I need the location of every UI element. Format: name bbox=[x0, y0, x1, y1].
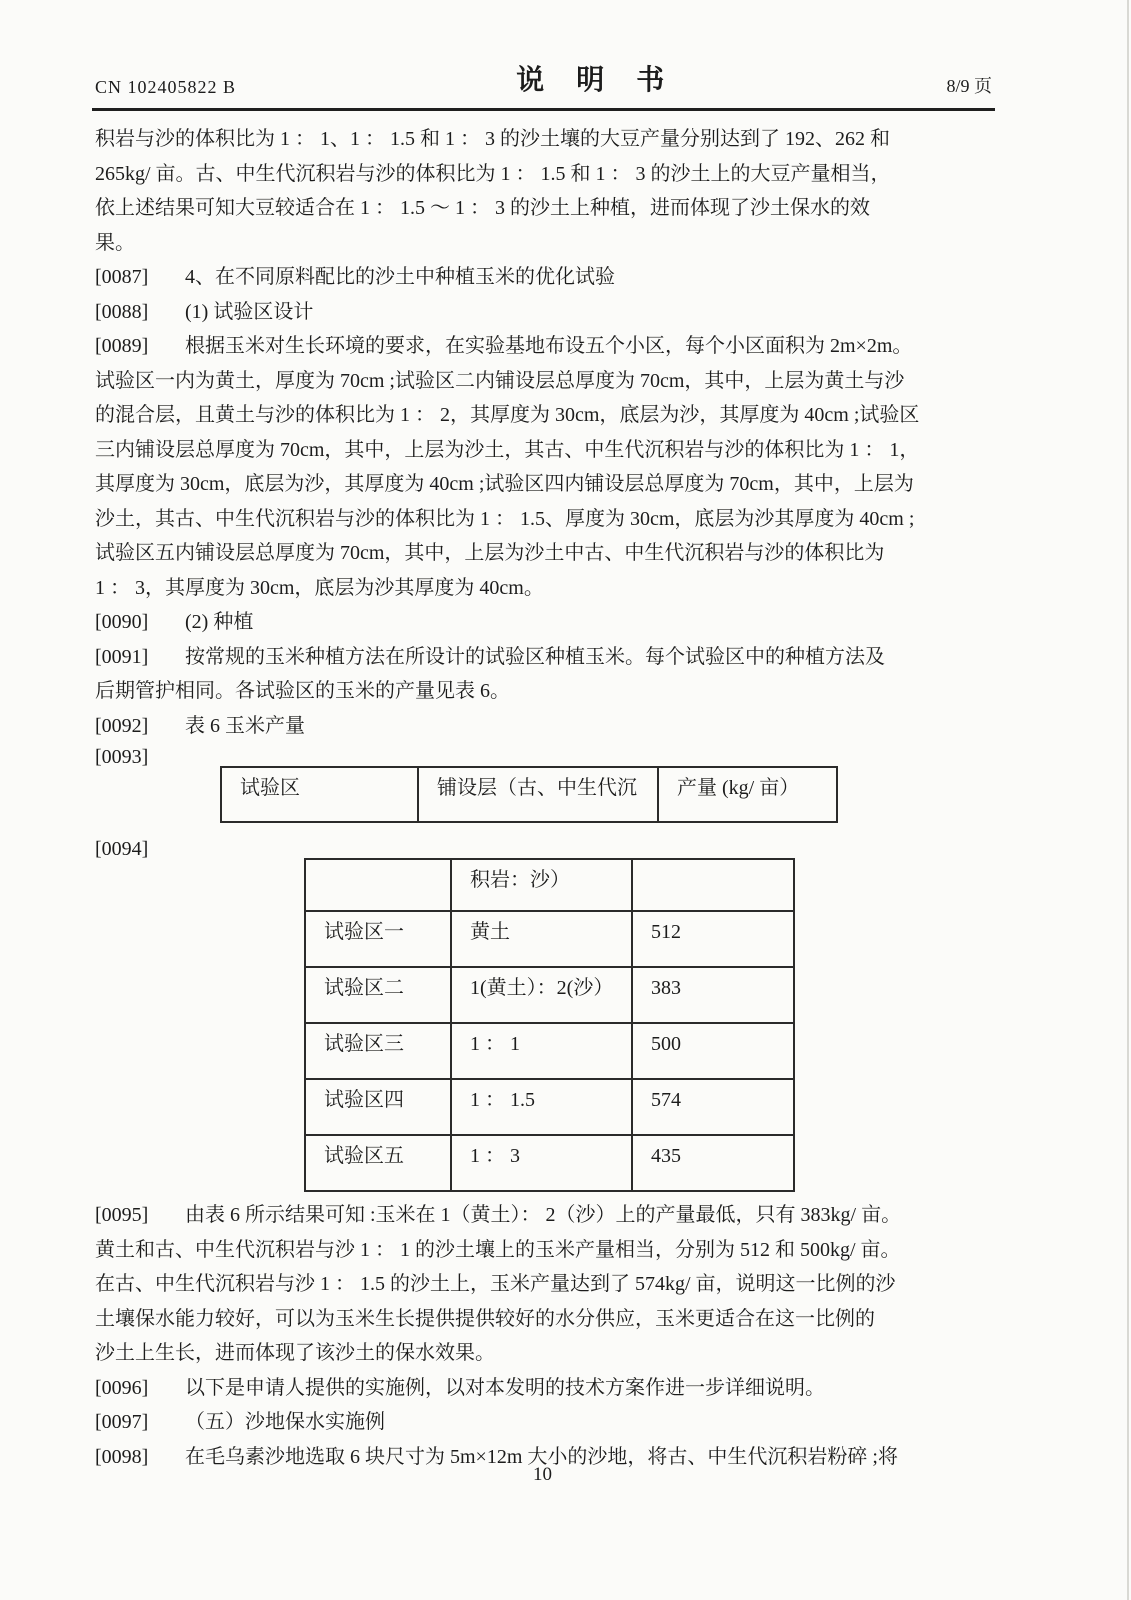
paragraph-number: [0096] bbox=[95, 1375, 185, 1401]
patent-document-page: CN 102405822 B 说 明 书 8/9 页 积岩与沙的体积比为 1 ：… bbox=[0, 0, 1131, 1600]
text-line: 试验区一内为黄土，厚度为 70cm ;试验区二内铺设层总厚度为 70cm，其中，… bbox=[95, 368, 1015, 403]
text-line: 后期管护相同。各试验区的玉米的产量见表 6。 bbox=[95, 678, 1015, 713]
paragraph-number: [0089] bbox=[95, 333, 185, 359]
table6-header-fragment: 试验区 铺设层（古、中生代沉 产量 (kg/ 亩） bbox=[220, 766, 838, 823]
text-line: 1 ： 3，其厚度为 30cm，底层为沙其厚度为 40cm。 bbox=[95, 575, 1015, 610]
table-row: 试验区四 1 ： 1.5 574 bbox=[305, 1079, 794, 1135]
text-line: 的混合层，且黄土与沙的体积比为 1 ： 2，其厚度为 30cm，底层为沙，其厚度… bbox=[95, 402, 1015, 437]
paragraph-number: [0095] bbox=[95, 1202, 185, 1228]
text-line: 沙土上生长，进而体现了该沙土的保水效果。 bbox=[95, 1340, 1015, 1375]
text-line: 果。 bbox=[95, 230, 1015, 265]
line-text: 果。 bbox=[95, 230, 135, 256]
table-row: 积岩：沙） bbox=[305, 859, 794, 911]
ratio-cell: 1 ： 1.5 bbox=[451, 1079, 632, 1135]
text-line: 积岩与沙的体积比为 1 ： 1、1 ： 1.5 和 1 ： 3 的沙土壤的大豆产… bbox=[95, 126, 1015, 161]
line-text: 265kg/ 亩。古、中生代沉积岩与沙的体积比为 1 ： 1.5 和 1 ： 3… bbox=[95, 161, 891, 187]
text-line: [0091] 按常规的玉米种植方法在所设计的试验区种植玉米。每个试验区中的种植方… bbox=[95, 644, 1015, 679]
line-text: (2) 种植 bbox=[185, 609, 253, 635]
line-text: 黄土和古、中生代沉积岩与沙 1 ： 1 的沙土壤上的玉米产量相当，分别为 512… bbox=[95, 1237, 901, 1263]
text-line: 依上述结果可知大豆较适合在 1 ： 1.5 ～ 1 ： 3 的沙土上种植，进而体… bbox=[95, 195, 1015, 230]
text-line: 其厚度为 30cm，底层为沙，其厚度为 40cm ;试验区四内铺设层总厚度为 7… bbox=[95, 471, 1015, 506]
text-line: 265kg/ 亩。古、中生代沉积岩与沙的体积比为 1 ： 1.5 和 1 ： 3… bbox=[95, 161, 1015, 196]
line-text: 依上述结果可知大豆较适合在 1 ： 1.5 ～ 1 ： 3 的沙土上种植，进而体… bbox=[95, 195, 870, 221]
page-header: CN 102405822 B 说 明 书 8/9 页 bbox=[95, 58, 992, 98]
table-row: 试验区一 黄土 512 bbox=[305, 911, 794, 967]
table-cell bbox=[632, 859, 794, 911]
text-line: 沙土，其古、中生代沉积岩与沙的体积比为 1 ： 1.5、厚度为 30cm，底层为… bbox=[95, 506, 1015, 541]
text-line: [0088] (1) 试验区设计 bbox=[95, 299, 1015, 334]
line-text: 沙土上生长，进而体现了该沙土的保水效果。 bbox=[95, 1340, 495, 1366]
line-text: 后期管护相同。各试验区的玉米的产量见表 6。 bbox=[95, 678, 510, 704]
yield-cell: 500 bbox=[632, 1023, 794, 1079]
paragraph-number-0093: [0093] bbox=[95, 744, 148, 770]
line-text: 三内铺设层总厚度为 70cm，其中，上层为沙土，其古、中生代沉积岩与沙的体积比为… bbox=[95, 437, 919, 463]
table-row: 试验区 铺设层（古、中生代沉 产量 (kg/ 亩） bbox=[221, 767, 837, 822]
ratio-cell: 黄土 bbox=[451, 911, 632, 967]
paragraph-number: [0091] bbox=[95, 644, 185, 670]
line-text: 根据玉米对生长环境的要求，在实验基地布设五个小区，每个小区面积为 2m×2m。 bbox=[185, 333, 912, 359]
text-line: 试验区五内铺设层总厚度为 70cm，其中，上层为沙土中古、中生代沉积岩与沙的体积… bbox=[95, 540, 1015, 575]
yield-cell: 383 bbox=[632, 967, 794, 1023]
paragraph-number: [0088] bbox=[95, 299, 185, 325]
yield-cell: 435 bbox=[632, 1135, 794, 1191]
line-text: 1 ： 3，其厚度为 30cm，底层为沙其厚度为 40cm。 bbox=[95, 575, 544, 601]
line-text: （五）沙地保水实施例 bbox=[185, 1409, 385, 1435]
yield-cell: 512 bbox=[632, 911, 794, 967]
text-line: 土壤保水能力较好，可以为玉米生长提供提供较好的水分供应，玉米更适合在这一比例的 bbox=[95, 1306, 1015, 1341]
line-text: 由表 6 所示结果可知 :玉米在 1（黄土）： 2（沙）上的产量最低，只有 38… bbox=[185, 1202, 901, 1228]
table-header-cell: 产量 (kg/ 亩） bbox=[658, 767, 837, 822]
yield-cell: 574 bbox=[632, 1079, 794, 1135]
line-text: 在古、中生代沉积岩与沙 1 ： 1.5 的沙土上，玉米产量达到了 574kg/ … bbox=[95, 1271, 896, 1297]
paragraph-number: [0097] bbox=[95, 1409, 185, 1435]
test-zone-cell: 试验区二 bbox=[305, 967, 451, 1023]
ratio-cell: 1 ： 1 bbox=[451, 1023, 632, 1079]
text-line: [0097] （五）沙地保水实施例 bbox=[95, 1409, 1015, 1444]
document-title: 说 明 书 bbox=[516, 58, 666, 98]
line-text: 其厚度为 30cm，底层为沙，其厚度为 40cm ;试验区四内铺设层总厚度为 7… bbox=[95, 471, 914, 497]
test-zone-cell: 试验区四 bbox=[305, 1079, 451, 1135]
table-row: 试验区三 1 ： 1 500 bbox=[305, 1023, 794, 1079]
table-cell: 积岩：沙） bbox=[451, 859, 632, 911]
body-text-upper: 积岩与沙的体积比为 1 ： 1、1 ： 1.5 和 1 ： 3 的沙土壤的大豆产… bbox=[95, 126, 1015, 747]
paragraph-number: [0087] bbox=[95, 264, 185, 290]
footer-page-number: 10 bbox=[0, 1464, 1085, 1486]
line-text: 积岩与沙的体积比为 1 ： 1、1 ： 1.5 和 1 ： 3 的沙土壤的大豆产… bbox=[95, 126, 890, 152]
line-text: 表 6 玉米产量 bbox=[185, 713, 305, 739]
body-text-lower: [0095] 由表 6 所示结果可知 :玉米在 1（黄土）： 2（沙）上的产量最… bbox=[95, 1202, 1015, 1478]
table-cell bbox=[305, 859, 451, 911]
table-body: 试验区一 黄土 512 试验区二 1(黄土）：2(沙） 383 试验区三 1 ：… bbox=[305, 911, 794, 1191]
test-zone-cell: 试验区五 bbox=[305, 1135, 451, 1191]
text-line: [0096] 以下是申请人提供的实施例，以对本发明的技术方案作进一步详细说明。 bbox=[95, 1375, 1015, 1410]
text-line: [0095] 由表 6 所示结果可知 :玉米在 1（黄土）： 2（沙）上的产量最… bbox=[95, 1202, 1015, 1237]
line-text: 土壤保水能力较好，可以为玉米生长提供提供较好的水分供应，玉米更适合在这一比例的 bbox=[95, 1306, 875, 1332]
line-text: 以下是申请人提供的实施例，以对本发明的技术方案作进一步详细说明。 bbox=[185, 1375, 825, 1401]
paragraph-number: [0092] bbox=[95, 713, 185, 739]
line-text: 4、在不同原料配比的沙土中种植玉米的优化试验 bbox=[185, 264, 615, 290]
ratio-cell: 1 ： 3 bbox=[451, 1135, 632, 1191]
paragraph-number: [0090] bbox=[95, 609, 185, 635]
line-text: 按常规的玉米种植方法在所设计的试验区种植玉米。每个试验区中的种植方法及 bbox=[185, 644, 885, 670]
line-text: 试验区一内为黄土，厚度为 70cm ;试验区二内铺设层总厚度为 70cm，其中，… bbox=[95, 368, 904, 394]
line-text: 的混合层，且黄土与沙的体积比为 1 ： 2，其厚度为 30cm，底层为沙，其厚度… bbox=[95, 402, 919, 428]
test-zone-cell: 试验区三 bbox=[305, 1023, 451, 1079]
text-line: [0090] (2) 种植 bbox=[95, 609, 1015, 644]
table6-body-fragment: 积岩：沙） 试验区一 黄土 512 试验区二 1(黄土）：2(沙） 383 bbox=[304, 858, 795, 1192]
line-text: 试验区五内铺设层总厚度为 70cm，其中，上层为沙土中古、中生代沉积岩与沙的体积… bbox=[95, 540, 884, 566]
text-line: [0087] 4、在不同原料配比的沙土中种植玉米的优化试验 bbox=[95, 264, 1015, 299]
header-rule bbox=[92, 108, 995, 111]
text-line: [0089] 根据玉米对生长环境的要求，在实验基地布设五个小区，每个小区面积为 … bbox=[95, 333, 1015, 368]
table-header-cell: 铺设层（古、中生代沉 bbox=[418, 767, 658, 822]
line-text: (1) 试验区设计 bbox=[185, 299, 313, 325]
paragraph-number-0094: [0094] bbox=[95, 836, 148, 862]
table-header-cell: 试验区 bbox=[221, 767, 418, 822]
test-zone-cell: 试验区一 bbox=[305, 911, 451, 967]
text-line: [0092] 表 6 玉米产量 bbox=[95, 713, 1015, 748]
line-text: 沙土，其古、中生代沉积岩与沙的体积比为 1 ： 1.5、厚度为 30cm，底层为… bbox=[95, 506, 914, 532]
ratio-cell: 1(黄土）：2(沙） bbox=[451, 967, 632, 1023]
text-line: 黄土和古、中生代沉积岩与沙 1 ： 1 的沙土壤上的玉米产量相当，分别为 512… bbox=[95, 1237, 1015, 1272]
table-row: 试验区二 1(黄土）：2(沙） 383 bbox=[305, 967, 794, 1023]
document-number: CN 102405822 B bbox=[95, 77, 236, 98]
text-line: 三内铺设层总厚度为 70cm，其中，上层为沙土，其古、中生代沉积岩与沙的体积比为… bbox=[95, 437, 1015, 472]
scan-artifact-line bbox=[1127, 0, 1129, 1600]
text-line: 在古、中生代沉积岩与沙 1 ： 1.5 的沙土上，玉米产量达到了 574kg/ … bbox=[95, 1271, 1015, 1306]
page-indicator: 8/9 页 bbox=[946, 72, 992, 98]
table-row: 试验区五 1 ： 3 435 bbox=[305, 1135, 794, 1191]
